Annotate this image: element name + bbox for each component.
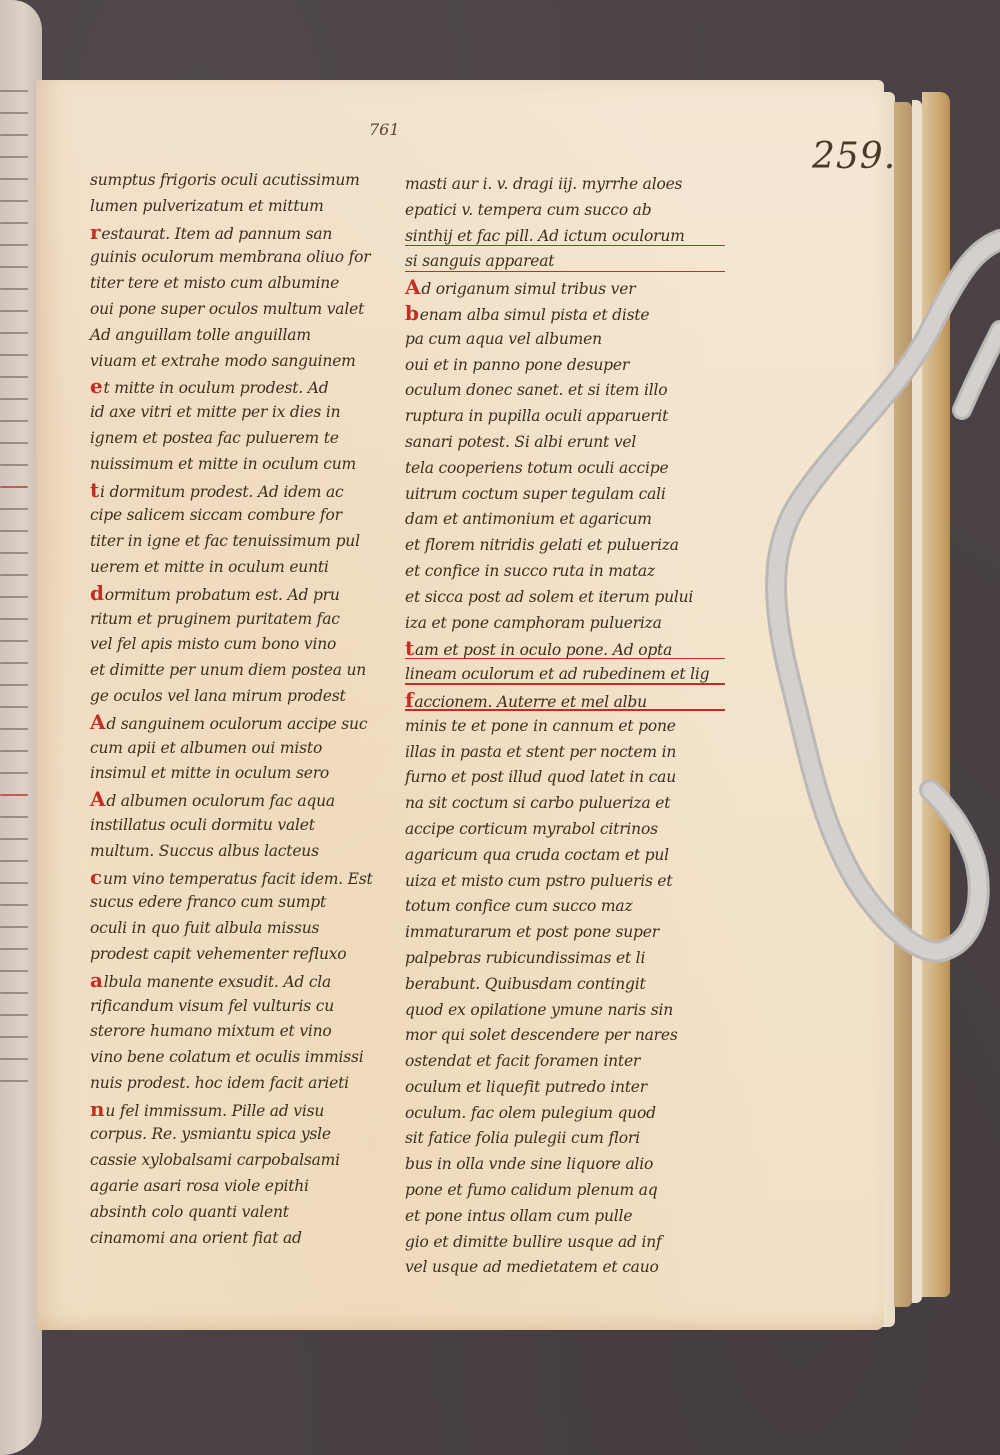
text-line: cum apii et albumen oui misto: [90, 736, 420, 762]
faded-text-line: [0, 926, 28, 928]
text-line: si sanguis appareat: [405, 249, 735, 275]
text-column-right: masti aur i. v. dragi iij. myrrhe aloese…: [405, 172, 735, 1281]
text-line: benam alba simul pista et diste: [405, 301, 735, 327]
text-line: absinth colo quanti valent: [90, 1200, 420, 1226]
text-line: berabunt. Quibusdam contingit: [405, 972, 735, 998]
text-line: uitrum coctum super tegulam cali: [405, 482, 735, 508]
page-edges-stack: [872, 92, 952, 1327]
rubricated-initial: A: [90, 787, 105, 811]
text-line: et dimitte per unum diem postea un: [90, 658, 420, 684]
faded-text-line: [0, 750, 28, 752]
faded-text-line: [0, 816, 28, 818]
text-line: vel fel apis misto cum bono vino: [90, 632, 420, 658]
rubricated-initial: e: [90, 374, 103, 398]
text-line: gio et dimitte bullire usque ad inf: [405, 1230, 735, 1256]
faded-text-line: [0, 486, 28, 488]
faded-text-line: [0, 948, 28, 950]
text-line: nuis prodest. hoc idem facit arieti: [90, 1071, 420, 1097]
faded-text-line: [0, 420, 28, 422]
faded-text-line: [0, 112, 28, 114]
text-line: albula manente exsudit. Ad cla: [90, 968, 420, 994]
text-line: lumen pulverizatum et mittum: [90, 194, 420, 220]
text-line: sterore humano mixtum et vino: [90, 1019, 420, 1045]
faded-text-line: [0, 530, 28, 532]
text-line: viuam et extrahe modo sanguinem: [90, 349, 420, 375]
text-line: faccionem. Auterre et mel albu: [405, 688, 735, 714]
rubricated-initial: n: [90, 1097, 104, 1121]
faded-text-line: [0, 156, 28, 158]
text-line: titer in igne et fac tenuissimum pul: [90, 529, 420, 555]
faded-text-line: [0, 706, 28, 708]
text-line: et sicca post ad solem et iterum pului: [405, 585, 735, 611]
faded-text-line: [0, 310, 28, 312]
rubricated-initial: A: [405, 275, 420, 299]
text-line: dormitum probatum est. Ad pru: [90, 581, 420, 607]
text-line: oui pone super oculos multum valet: [90, 297, 420, 323]
text-line: ti dormitum prodest. Ad idem ac: [90, 478, 420, 504]
faded-text-line: [0, 618, 28, 620]
rubricated-initial: a: [90, 968, 103, 992]
text-line: quod ex opilatione ymune naris sin: [405, 998, 735, 1024]
text-line: ostendat et facit foramen inter: [405, 1049, 735, 1075]
faded-text-line: [0, 772, 28, 774]
text-line: furno et post illud quod latet in cau: [405, 765, 735, 791]
text-line: masti aur i. v. dragi iij. myrrhe aloes: [405, 172, 735, 198]
text-line: agaricum qua cruda coctam et pul: [405, 843, 735, 869]
faded-text-line: [0, 1080, 28, 1082]
faded-text-line: [0, 838, 28, 840]
faded-text-line: [0, 508, 28, 510]
text-line: epatici v. tempera cum succo ab: [405, 198, 735, 224]
rubricated-initial: f: [405, 688, 413, 712]
text-line: accipe corticum myrabol citrinos: [405, 817, 735, 843]
faded-text-line: [0, 1014, 28, 1016]
text-line: minis te et pone in cannum et pone: [405, 714, 735, 740]
text-line: et confice in succo ruta in mataz: [405, 559, 735, 585]
text-line: oculum donec sanet. et si item illo: [405, 378, 735, 404]
rubricated-initial: r: [90, 220, 100, 244]
faded-text-line: [0, 464, 28, 466]
faded-text-line: [0, 442, 28, 444]
text-line: oculi in quo fuit albula missus: [90, 916, 420, 942]
text-line: sit fatice folia pulegii cum flori: [405, 1126, 735, 1152]
faded-text-line: [0, 882, 28, 884]
page-edge: [894, 102, 912, 1307]
rubricated-initial: t: [405, 636, 414, 660]
text-line: mor qui solet descendere per nares: [405, 1023, 735, 1049]
faded-text-line: [0, 222, 28, 224]
text-line: oculum. fac olem pulegium quod: [405, 1101, 735, 1127]
text-line: totum confice cum succo maz: [405, 894, 735, 920]
faded-text-line: [0, 904, 28, 906]
rubricated-initial: b: [405, 301, 419, 325]
text-line: restaurat. Item ad pannum san: [90, 220, 420, 246]
faded-text-line: [0, 288, 28, 290]
faded-text-line: [0, 728, 28, 730]
text-line: na sit coctum si carbo pulueriza et: [405, 791, 735, 817]
text-line: agarie asari rosa viole epithi: [90, 1174, 420, 1200]
rubricated-initial: A: [90, 710, 105, 734]
text-line: sumptus frigoris oculi acutissimum: [90, 168, 420, 194]
faded-text-line: [0, 134, 28, 136]
text-line: illas in pasta et stent per noctem in: [405, 740, 735, 766]
text-line: cassie xylobalsami carpobalsami: [90, 1148, 420, 1174]
text-line: ruptura in pupilla oculi apparuerit: [405, 404, 735, 430]
faded-text-line: [0, 376, 28, 378]
faded-text-line: [0, 662, 28, 664]
text-line: ignem et postea fac puluerem te: [90, 426, 420, 452]
text-line: Ad anguillam tolle anguillam: [90, 323, 420, 349]
text-line: titer tere et misto cum albumine: [90, 271, 420, 297]
faded-text-line: [0, 244, 28, 246]
binding-edge: [922, 92, 950, 1297]
text-line: sanari potest. Si albi erunt vel: [405, 430, 735, 456]
faded-text-line: [0, 684, 28, 686]
faded-text-line: [0, 794, 28, 796]
faded-text-line: [0, 398, 28, 400]
text-line: ge oculos vel lana mirum prodest: [90, 684, 420, 710]
faded-text-line: [0, 1036, 28, 1038]
text-line: nuissimum et mitte in oculum cum: [90, 452, 420, 478]
text-line: pa cum aqua vel albumen: [405, 327, 735, 353]
running-number: 761: [369, 120, 400, 139]
text-line: prodest capit vehementer refluxo: [90, 942, 420, 968]
text-line: oui et in panno pone desuper: [405, 353, 735, 379]
faded-text-line: [0, 200, 28, 202]
text-line: bus in olla vnde sine liquore alio: [405, 1152, 735, 1178]
faded-text-line: [0, 596, 28, 598]
faded-text-line: [0, 860, 28, 862]
text-line: sinthij et fac pill. Ad ictum oculorum: [405, 224, 735, 250]
text-line: tam et post in oculo pone. Ad opta: [405, 636, 735, 662]
text-line: palpebras rubicundissimas et li: [405, 946, 735, 972]
text-line: guinis oculorum membrana oliuo for: [90, 245, 420, 271]
text-line: lineam oculorum et ad rubedinem et lig: [405, 662, 735, 688]
text-line: dam et antimonium et agaricum: [405, 507, 735, 533]
text-line: oculum et liquefit putredo inter: [405, 1075, 735, 1101]
text-column-left: sumptus frigoris oculi acutissimumlumen …: [90, 168, 420, 1251]
faded-text-line: [0, 178, 28, 180]
text-line: sucus edere franco cum sumpt: [90, 890, 420, 916]
faded-text-line: [0, 1058, 28, 1060]
text-line: nu fel immissum. Pille ad visu: [90, 1097, 420, 1123]
faded-text-line: [0, 574, 28, 576]
text-line: Ad origanum simul tribus ver: [405, 275, 735, 301]
faded-text-line: [0, 354, 28, 356]
text-line: Ad sanguinem oculorum accipe suc: [90, 710, 420, 736]
page-edge: [912, 100, 922, 1303]
rubricated-initial: t: [90, 478, 99, 502]
text-line: id axe vitri et mitte per ix dies in: [90, 400, 420, 426]
text-line: Ad albumen oculorum fac aqua: [90, 787, 420, 813]
text-line: corpus. Re. ysmiantu spica ysle: [90, 1122, 420, 1148]
text-line: iza et pone camphoram pulueriza: [405, 611, 735, 637]
text-line: tela cooperiens totum oculi accipe: [405, 456, 735, 482]
faded-text-line: [0, 640, 28, 642]
faded-text-line: [0, 332, 28, 334]
text-line: immaturarum et post pone super: [405, 920, 735, 946]
text-line: et pone intus ollam cum pulle: [405, 1204, 735, 1230]
text-line: cipe salicem siccam combure for: [90, 503, 420, 529]
rubricated-initial: c: [90, 865, 102, 889]
text-line: instillatus oculi dormitu valet: [90, 813, 420, 839]
faded-text-line: [0, 552, 28, 554]
faded-text-line: [0, 992, 28, 994]
text-line: et mitte in oculum prodest. Ad: [90, 374, 420, 400]
text-line: insimul et mitte in oculum sero: [90, 761, 420, 787]
faded-text-line: [0, 970, 28, 972]
text-line: uerem et mitte in oculum eunti: [90, 555, 420, 581]
text-line: ritum et pruginem puritatem fac: [90, 607, 420, 633]
text-line: rificandum visum fel vulturis cu: [90, 994, 420, 1020]
text-line: vino bene colatum et oculis immissi: [90, 1045, 420, 1071]
faded-text-line: [0, 266, 28, 268]
faded-text-line: [0, 90, 28, 92]
text-line: cinamomi ana orient fiat ad: [90, 1226, 420, 1252]
rubricated-initial: d: [90, 581, 104, 605]
text-line: cum vino temperatus facit idem. Est: [90, 865, 420, 891]
text-line: multum. Succus albus lacteus: [90, 839, 420, 865]
text-line: et florem nitridis gelati et pulueriza: [405, 533, 735, 559]
text-line: uiza et misto cum pstro pulueris et: [405, 869, 735, 895]
folio-number: 259.: [812, 136, 896, 177]
text-line: pone et fumo calidum plenum aq: [405, 1178, 735, 1204]
text-line: vel usque ad medietatem et cauo: [405, 1255, 735, 1281]
